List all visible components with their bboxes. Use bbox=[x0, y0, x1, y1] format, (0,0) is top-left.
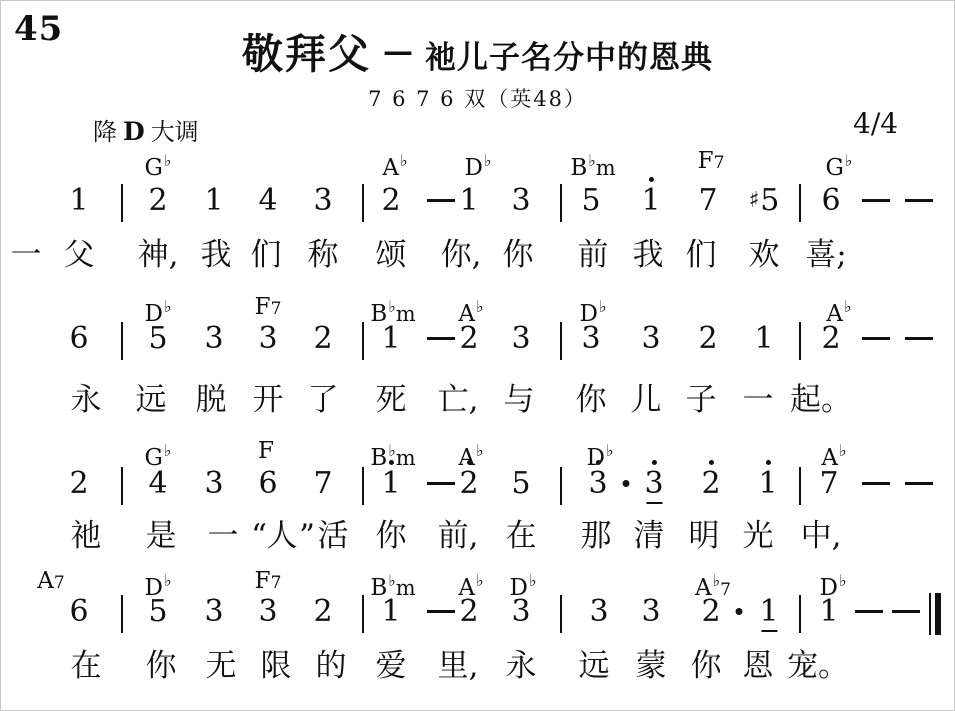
chord-part: ♭ bbox=[164, 441, 172, 460]
lyric-syllable: 喜; bbox=[805, 238, 846, 272]
note: 7 bbox=[819, 467, 838, 501]
note: 1 bbox=[641, 184, 660, 218]
note: 2 bbox=[313, 322, 332, 356]
note: 2 bbox=[821, 322, 840, 356]
final-barline bbox=[929, 593, 941, 635]
lyric-syllable: 你, bbox=[441, 238, 482, 272]
chord-part: A bbox=[37, 568, 54, 594]
note: ♯5 bbox=[749, 184, 780, 218]
note: 3 bbox=[204, 467, 223, 501]
note: 7 bbox=[313, 467, 332, 501]
lyric-syllable: 你 bbox=[576, 383, 607, 417]
note: 1 bbox=[381, 467, 400, 501]
note: 5 bbox=[511, 467, 530, 501]
note: 6 bbox=[821, 184, 840, 218]
lyric-syllable: “ bbox=[251, 519, 267, 553]
note: 1 bbox=[754, 322, 773, 356]
chord-part: 7 bbox=[271, 573, 282, 593]
note: 2 bbox=[459, 595, 478, 629]
barline bbox=[362, 322, 364, 360]
augmentation-dot bbox=[623, 480, 630, 487]
octave-dot bbox=[467, 460, 472, 465]
lyric-syllable: 开 bbox=[253, 383, 284, 417]
lyric-syllable: 一 bbox=[743, 383, 774, 417]
chord-part: G bbox=[145, 155, 163, 181]
note: 1 bbox=[459, 184, 478, 218]
chord-part: ♭ bbox=[164, 151, 172, 170]
chord-part: ♭ bbox=[484, 151, 492, 170]
duration-dash bbox=[427, 337, 455, 340]
chord-symbol: G♭ bbox=[826, 147, 853, 182]
octave-dot bbox=[389, 460, 394, 465]
chord-part: ♭ bbox=[529, 571, 537, 590]
chord-symbol: G♭ bbox=[145, 147, 172, 182]
chord-symbol: B♭m bbox=[570, 147, 615, 182]
barline bbox=[799, 322, 801, 360]
note: 2 bbox=[69, 467, 88, 501]
note: 1 bbox=[759, 595, 778, 629]
lyric-syllable: 脱 bbox=[196, 383, 227, 417]
note: 6 bbox=[69, 595, 88, 629]
chord-part: F bbox=[255, 568, 271, 594]
chord-part: ♭ bbox=[476, 571, 484, 590]
note: 3 bbox=[644, 467, 663, 501]
note: 7 bbox=[698, 184, 717, 218]
note: 2 bbox=[313, 595, 332, 629]
lyric-syllable: 亡, bbox=[438, 383, 479, 417]
note: 3 bbox=[589, 595, 608, 629]
final-thick-line bbox=[935, 593, 941, 635]
lyric-syllable: 的 bbox=[316, 649, 347, 683]
lyric-syllable: 儿 bbox=[631, 383, 662, 417]
barline bbox=[799, 595, 801, 633]
lyric-syllable: 你 bbox=[691, 649, 722, 683]
lyric-syllable: 称 bbox=[308, 238, 339, 272]
chord-part: G bbox=[826, 155, 844, 181]
duration-dash bbox=[905, 482, 933, 485]
lyric-syllable: 欢 bbox=[749, 238, 780, 272]
barline bbox=[362, 184, 364, 222]
lyric-syllable: 是 bbox=[146, 519, 177, 553]
duration-dash bbox=[427, 610, 455, 613]
lyric-syllable: 蒙 bbox=[636, 649, 667, 683]
note: 5 bbox=[148, 595, 167, 629]
chord-part: 7 bbox=[714, 153, 725, 173]
lyric-syllable: 在 bbox=[506, 519, 537, 553]
chord-symbol: F bbox=[258, 437, 274, 465]
chord-symbol: D♭ bbox=[465, 147, 492, 182]
lyric-syllable: 神, bbox=[138, 238, 179, 272]
lyric-syllable: 我 bbox=[201, 238, 232, 272]
barline bbox=[799, 184, 801, 222]
chord-part: B bbox=[570, 155, 587, 181]
note: 3 bbox=[511, 322, 530, 356]
lyric-syllable: 与 bbox=[504, 383, 535, 417]
note: 1 bbox=[381, 322, 400, 356]
barline bbox=[560, 322, 562, 360]
note: 3 bbox=[641, 595, 660, 629]
note: 4 bbox=[148, 467, 167, 501]
augmentation-dot bbox=[736, 608, 743, 615]
chord-part: F bbox=[698, 148, 714, 174]
chord-part: ♭ bbox=[599, 297, 607, 316]
lyric-syllable: 在 bbox=[71, 649, 102, 683]
lyric-syllable: 清 bbox=[634, 519, 665, 553]
lyric-syllable: 限 bbox=[261, 649, 292, 683]
chord-part: ♭ bbox=[476, 297, 484, 316]
note: 3 bbox=[258, 595, 277, 629]
duration-dash bbox=[905, 199, 933, 202]
octave-dot bbox=[596, 460, 601, 465]
duration-dash bbox=[862, 337, 890, 340]
chord-part: ♭ bbox=[844, 297, 852, 316]
lyric-syllable: 祂 bbox=[71, 519, 102, 553]
chord-part: F bbox=[258, 438, 274, 464]
note: 6 bbox=[258, 467, 277, 501]
lyric-syllable: 我 bbox=[633, 238, 664, 272]
lyric-syllable: 了 bbox=[308, 383, 339, 417]
lyric-syllable: 远 bbox=[579, 649, 610, 683]
duration-dash bbox=[427, 199, 455, 202]
lyric-syllable: 光 bbox=[743, 519, 774, 553]
lyric-syllable: 明 bbox=[689, 519, 720, 553]
barline bbox=[362, 595, 364, 633]
note: 2 bbox=[459, 467, 478, 501]
lyric-syllable: 永 bbox=[71, 383, 102, 417]
chord-symbol: F7 bbox=[255, 293, 282, 323]
chord-part: ♭ bbox=[164, 571, 172, 590]
lyric-syllable: ” bbox=[299, 519, 315, 553]
final-thin-line bbox=[929, 593, 931, 635]
chord-part: D bbox=[465, 155, 483, 181]
octave-dot bbox=[709, 460, 714, 465]
lyric-syllable: 宠。 bbox=[787, 649, 849, 683]
chord-part: ♭ bbox=[606, 441, 614, 460]
note: 1 bbox=[204, 184, 223, 218]
note: 3 bbox=[641, 322, 660, 356]
note: 1 bbox=[69, 184, 88, 218]
lyric-syllable: 一 bbox=[208, 519, 239, 553]
note: 3 bbox=[204, 595, 223, 629]
lyric-syllable: 颂 bbox=[376, 238, 407, 272]
sharp-icon: ♯ bbox=[749, 188, 760, 213]
note: 2 bbox=[459, 322, 478, 356]
chord-part: ♭ bbox=[164, 297, 172, 316]
hymn-sheet: 45 敬拜父—祂儿子名分中的恩典 7 6 7 6 双（英48） 降D大调 4/4… bbox=[0, 0, 955, 711]
duration-dash bbox=[855, 610, 883, 613]
chord-part: 7 bbox=[720, 580, 731, 600]
lyric-syllable: 前 bbox=[578, 238, 609, 272]
chord-part: 7 bbox=[271, 299, 282, 319]
lyric-syllable: 们 bbox=[686, 238, 717, 272]
barline bbox=[121, 467, 123, 505]
lyric-syllable: 起。 bbox=[790, 383, 852, 417]
duration-dash bbox=[892, 610, 920, 613]
chord-part: A bbox=[382, 155, 399, 181]
barline bbox=[560, 184, 562, 222]
note: 2 bbox=[148, 184, 167, 218]
duration-dash bbox=[862, 482, 890, 485]
note: 3 bbox=[588, 467, 607, 501]
lyric-syllable: 你 bbox=[146, 649, 177, 683]
barline bbox=[362, 467, 364, 505]
lyric-syllable: 你 bbox=[376, 519, 407, 553]
lyric-syllable: 永 bbox=[506, 649, 537, 683]
note: 1 bbox=[819, 595, 838, 629]
lyric-syllable: 前, bbox=[438, 519, 479, 553]
lyric-syllable: 无 bbox=[206, 649, 237, 683]
lyric-syllable: 恩 bbox=[743, 649, 774, 683]
octave-dot bbox=[649, 177, 654, 182]
duration-dash bbox=[427, 482, 455, 485]
lyric-syllable: 子 bbox=[686, 383, 717, 417]
note: 6 bbox=[69, 322, 88, 356]
lyric-syllable: 们 bbox=[251, 238, 282, 272]
duration-dash bbox=[905, 337, 933, 340]
note: 5 bbox=[581, 184, 600, 218]
barline bbox=[121, 322, 123, 360]
barline bbox=[560, 467, 562, 505]
lyric-syllable: 活 bbox=[318, 519, 349, 553]
chord-symbol: A♭ bbox=[382, 147, 407, 182]
chord-symbol: F7 bbox=[255, 567, 282, 597]
note: 3 bbox=[204, 322, 223, 356]
chord-part: 7 bbox=[54, 573, 65, 593]
lyric-syllable: 父 bbox=[64, 238, 95, 272]
duration-dash bbox=[862, 199, 890, 202]
chord-part: ♭ bbox=[845, 151, 853, 170]
note: 3 bbox=[511, 595, 530, 629]
barline bbox=[799, 467, 801, 505]
chord-part: F bbox=[255, 294, 271, 320]
note: 4 bbox=[258, 184, 277, 218]
note: 2 bbox=[698, 322, 717, 356]
chord-part: ♭ bbox=[839, 441, 847, 460]
note: 2 bbox=[701, 595, 720, 629]
score: G♭A♭D♭B♭mF7G♭12143213517♯56一父神,我们称颂你,你前我… bbox=[1, 1, 954, 710]
barline bbox=[560, 595, 562, 633]
note: 3 bbox=[581, 322, 600, 356]
note: 1 bbox=[758, 467, 777, 501]
lyric-syllable: 爱 bbox=[376, 649, 407, 683]
chord-part: ♭ bbox=[476, 441, 484, 460]
lyric-syllable: 一 bbox=[11, 238, 42, 272]
barline bbox=[121, 595, 123, 633]
lyric-syllable: 里, bbox=[438, 649, 479, 683]
note: 1 bbox=[381, 595, 400, 629]
note: 5 bbox=[148, 322, 167, 356]
lyric-syllable: 人 bbox=[267, 519, 298, 553]
lyric-syllable: 远 bbox=[136, 383, 167, 417]
lyric-syllable: 你 bbox=[503, 238, 534, 272]
chord-part: m bbox=[596, 156, 616, 180]
note: 3 bbox=[258, 322, 277, 356]
lyric-syllable: 死 bbox=[376, 383, 407, 417]
octave-dot bbox=[766, 460, 771, 465]
note: 2 bbox=[381, 184, 400, 218]
lyric-syllable: 那 bbox=[581, 519, 612, 553]
chord-part: ♭ bbox=[839, 571, 847, 590]
note: 3 bbox=[313, 184, 332, 218]
chord-symbol: A7 bbox=[37, 567, 64, 597]
octave-dot bbox=[652, 460, 657, 465]
eighth-underline bbox=[646, 502, 662, 505]
note: 2 bbox=[701, 467, 720, 501]
chord-symbol: F7 bbox=[698, 147, 725, 177]
barline bbox=[121, 184, 123, 222]
chord-part: ♭ bbox=[400, 151, 408, 170]
note: 3 bbox=[511, 184, 530, 218]
eighth-underline bbox=[761, 630, 777, 633]
lyric-syllable: 中, bbox=[801, 519, 842, 553]
